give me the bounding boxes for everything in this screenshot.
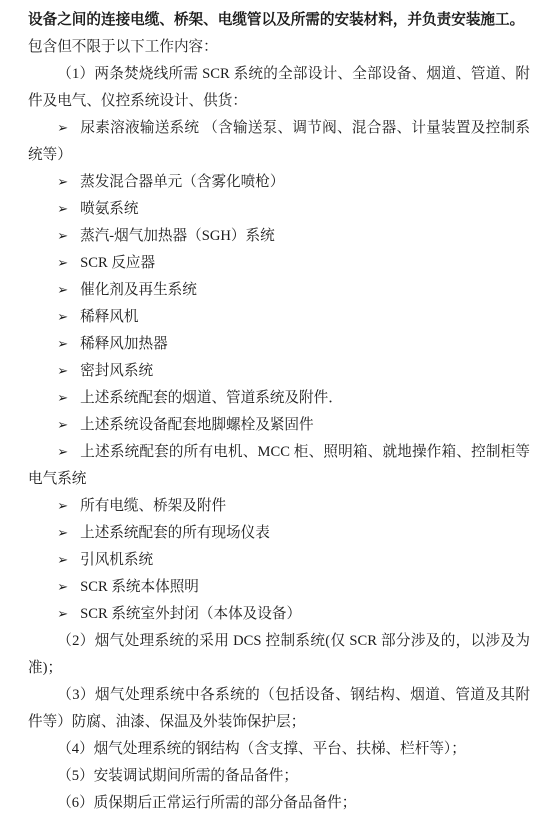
bullet-arrow-icon: ➢ <box>57 283 80 298</box>
bullet-arrow-icon: ➢ <box>57 580 80 595</box>
bullet-arrow-icon: ➢ <box>57 229 80 244</box>
paragraph: 设备之间的连接电缆、桥架、电缆管以及所需的安装材料，并负责安装施工。 <box>28 7 530 34</box>
bullet-item: ➢所有电缆、桥架及附件 <box>28 493 530 520</box>
bullet-arrow-icon: ➢ <box>57 364 80 379</box>
bullet-arrow-icon: ➢ <box>57 121 80 136</box>
paragraph-text: （1）两条焚烧线所需 SCR 系统的全部设计、全部设备、烟道、管道、附件及电气、… <box>28 66 530 109</box>
bullet-arrow-icon: ➢ <box>57 202 80 217</box>
bullet-arrow-icon: ➢ <box>57 310 80 325</box>
paragraph-text: 包含但不限于以下工作内容： <box>28 39 218 55</box>
paragraph-text: （4）烟气处理系统的钢结构（含支撑、平台、扶梯、栏杆等）； <box>57 741 466 757</box>
bullet-arrow-icon: ➢ <box>57 526 80 541</box>
bullet-arrow-icon: ➢ <box>57 256 80 271</box>
bullet-item: ➢喷氨系统 <box>28 196 530 223</box>
paragraph-text: SCR 系统本体照明 <box>80 579 199 595</box>
paragraph-text: （6）质保期后正常运行所需的部分备品备件； <box>57 795 356 811</box>
paragraph-text: SCR 反应器 <box>80 255 155 271</box>
paragraph-list: 设备之间的连接电缆、桥架、电缆管以及所需的安装材料，并负责安装施工。 包含但不限… <box>28 7 530 817</box>
bullet-item: ➢稀释风机 <box>28 304 530 331</box>
bullet-item: ➢上述系统配套的所有电机、MCC 柜、照明箱、就地操作箱、控制柜等电气系统 <box>28 439 530 493</box>
paragraph-text: 密封风系统 <box>80 363 153 379</box>
bullet-arrow-icon: ➢ <box>57 391 80 406</box>
paragraph-text: 蒸发混合器单元（含雾化喷枪） <box>80 174 284 190</box>
bullet-arrow-icon: ➢ <box>57 553 80 568</box>
bullet-item: ➢引风机系统 <box>28 547 530 574</box>
paragraph-text: （5）安装调试期间所需的备品备件； <box>57 768 298 784</box>
paragraph: （6）质保期后正常运行所需的部分备品备件； <box>28 790 530 817</box>
bullet-item: ➢尿素溶液输送系统 （含输送泵、调节阀、混合器、计量装置及控制系统等） <box>28 115 530 169</box>
paragraph: （5）安装调试期间所需的备品备件； <box>28 763 530 790</box>
bullet-item: ➢密封风系统 <box>28 358 530 385</box>
bullet-item: ➢蒸发混合器单元（含雾化喷枪） <box>28 169 530 196</box>
bullet-arrow-icon: ➢ <box>57 175 80 190</box>
paragraph-text: 喷氨系统 <box>80 201 138 217</box>
bullet-item: ➢稀释风加热器 <box>28 331 530 358</box>
paragraph-text: 稀释风加热器 <box>80 336 168 352</box>
paragraph-text: 上述系统设备配套地脚螺栓及紧固件 <box>80 417 314 433</box>
paragraph-text: （2）烟气处理系统的采用 DCS 控制系统(仅 SCR 部分涉及的，以涉及为准)… <box>28 633 530 676</box>
bullet-item: ➢上述系统设备配套地脚螺栓及紧固件 <box>28 412 530 439</box>
bullet-arrow-icon: ➢ <box>57 445 80 460</box>
bullet-item: ➢上述系统配套的所有现场仪表 <box>28 520 530 547</box>
paragraph-text: 催化剂及再生系统 <box>80 282 197 298</box>
bullet-arrow-icon: ➢ <box>57 499 80 514</box>
bullet-item: ➢催化剂及再生系统 <box>28 277 530 304</box>
bullet-arrow-icon: ➢ <box>57 418 80 433</box>
paragraph-text: 引风机系统 <box>80 552 153 568</box>
paragraph-text: SCR 系统室外封闭（本体及设备） <box>80 606 301 622</box>
bullet-item: ➢SCR 反应器 <box>28 250 530 277</box>
paragraph-text: （3）烟气处理系统中各系统的（包括设备、钢结构、烟道、管道及其附件等）防腐、油漆… <box>28 687 530 730</box>
bullet-item: ➢蒸汽-烟气加热器（SGH）系统 <box>28 223 530 250</box>
bullet-item: ➢SCR 系统本体照明 <box>28 574 530 601</box>
paragraph: （4）烟气处理系统的钢结构（含支撑、平台、扶梯、栏杆等）； <box>28 736 530 763</box>
paragraph: （2）烟气处理系统的采用 DCS 控制系统(仅 SCR 部分涉及的，以涉及为准)… <box>28 628 530 682</box>
paragraph: （3）烟气处理系统中各系统的（包括设备、钢结构、烟道、管道及其附件等）防腐、油漆… <box>28 682 530 736</box>
bullet-arrow-icon: ➢ <box>57 337 80 352</box>
paragraph-text: 设备之间的连接电缆、桥架、电缆管以及所需的安装材料，并负责安装施工。 <box>28 12 524 28</box>
paragraph-text: 上述系统配套的烟道、管道系统及附件． <box>80 390 343 406</box>
paragraph-text: 所有电缆、桥架及附件 <box>80 498 226 514</box>
bullet-item: ➢SCR 系统室外封闭（本体及设备） <box>28 601 530 628</box>
paragraph: （1）两条焚烧线所需 SCR 系统的全部设计、全部设备、烟道、管道、附件及电气、… <box>28 61 530 115</box>
paragraph: 包含但不限于以下工作内容： <box>28 34 530 61</box>
paragraph-text: 蒸汽-烟气加热器（SGH）系统 <box>80 228 275 244</box>
document-page: 设备之间的连接电缆、桥架、电缆管以及所需的安装材料，并负责安装施工。 包含但不限… <box>0 0 557 817</box>
paragraph-text: 稀释风机 <box>80 309 138 325</box>
bullet-arrow-icon: ➢ <box>57 607 80 622</box>
paragraph-text: 尿素溶液输送系统 （含输送泵、调节阀、混合器、计量装置及控制系统等） <box>28 120 530 163</box>
bullet-item: ➢上述系统配套的烟道、管道系统及附件． <box>28 385 530 412</box>
paragraph-text: 上述系统配套的所有电机、MCC 柜、照明箱、就地操作箱、控制柜等电气系统 <box>28 444 530 487</box>
paragraph-text: 上述系统配套的所有现场仪表 <box>80 525 270 541</box>
